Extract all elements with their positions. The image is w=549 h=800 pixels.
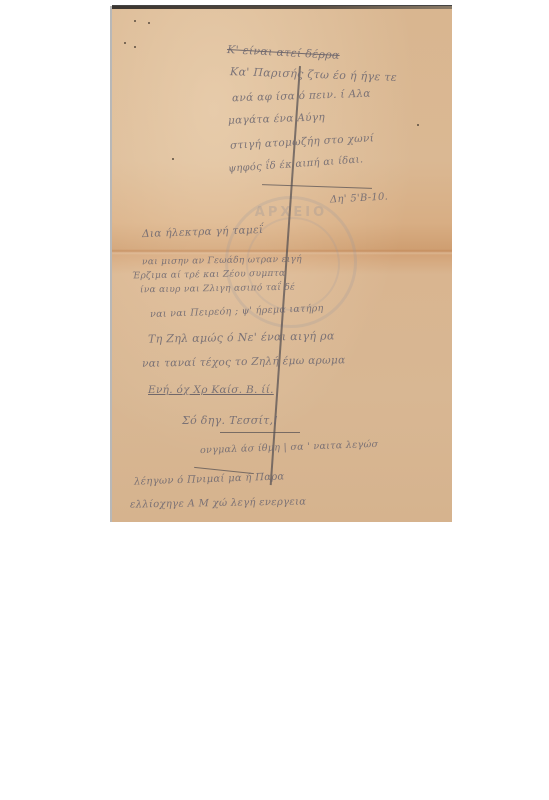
manuscript-line-5: στιγή ατομωζήη στο χωνί (230, 132, 375, 152)
manuscript-line-15: Ενή. όχ Χρ Καίσ. Β. ίί. (148, 384, 274, 396)
manuscript-line-4: μαγάτα ένα Αύγη (228, 111, 325, 126)
manuscript-line-16: Σό δηγ. Τεσσίτ,! (182, 414, 278, 427)
manuscript-line-19: ελλίοχηγε Α Μ χώ λεγή ενεργεια (130, 496, 306, 510)
manuscript-line-1: Κ' είναι ατεί δέρρα (227, 43, 340, 62)
manuscript-line-13: Τη Ζηλ αμώς ό Νε' έναι αιγή ρα (148, 329, 335, 345)
pencil-underline (262, 184, 372, 189)
manuscript-line-18: λέηγων ό Πνιμαί μα ή Παρα (134, 471, 285, 487)
pencil-underline-2 (220, 432, 300, 433)
manuscript-date: Δη' 5'Β-10. (330, 191, 389, 205)
manuscript-line-3: ανά αφ ίσα ό πειν. ί Αλα (232, 88, 371, 105)
manuscript-page: ΑΡΧΕΙΟ Κ' είναι ατεί δέρρα Κα' Παρισής ζ… (112, 6, 452, 522)
manuscript-line-17: ονγμαλ άσ ίθμη | σα ' ναιτα λεγώσ (200, 439, 379, 456)
manuscript-line-6: ψηφός ΐδ έκ αιπή αι ίδαι. (228, 154, 364, 174)
document-viewer: ΑΡΧΕΙΟ Κ' είναι ατεί δέρρα Κα' Παρισής ζ… (0, 0, 549, 800)
manuscript-line-2: Κα' Παρισής ζτω έο ή ήγε τε (230, 65, 397, 84)
manuscript-line-14: ναι ταναί τέχος το Ζηλή έμω αρωμα (142, 354, 346, 370)
